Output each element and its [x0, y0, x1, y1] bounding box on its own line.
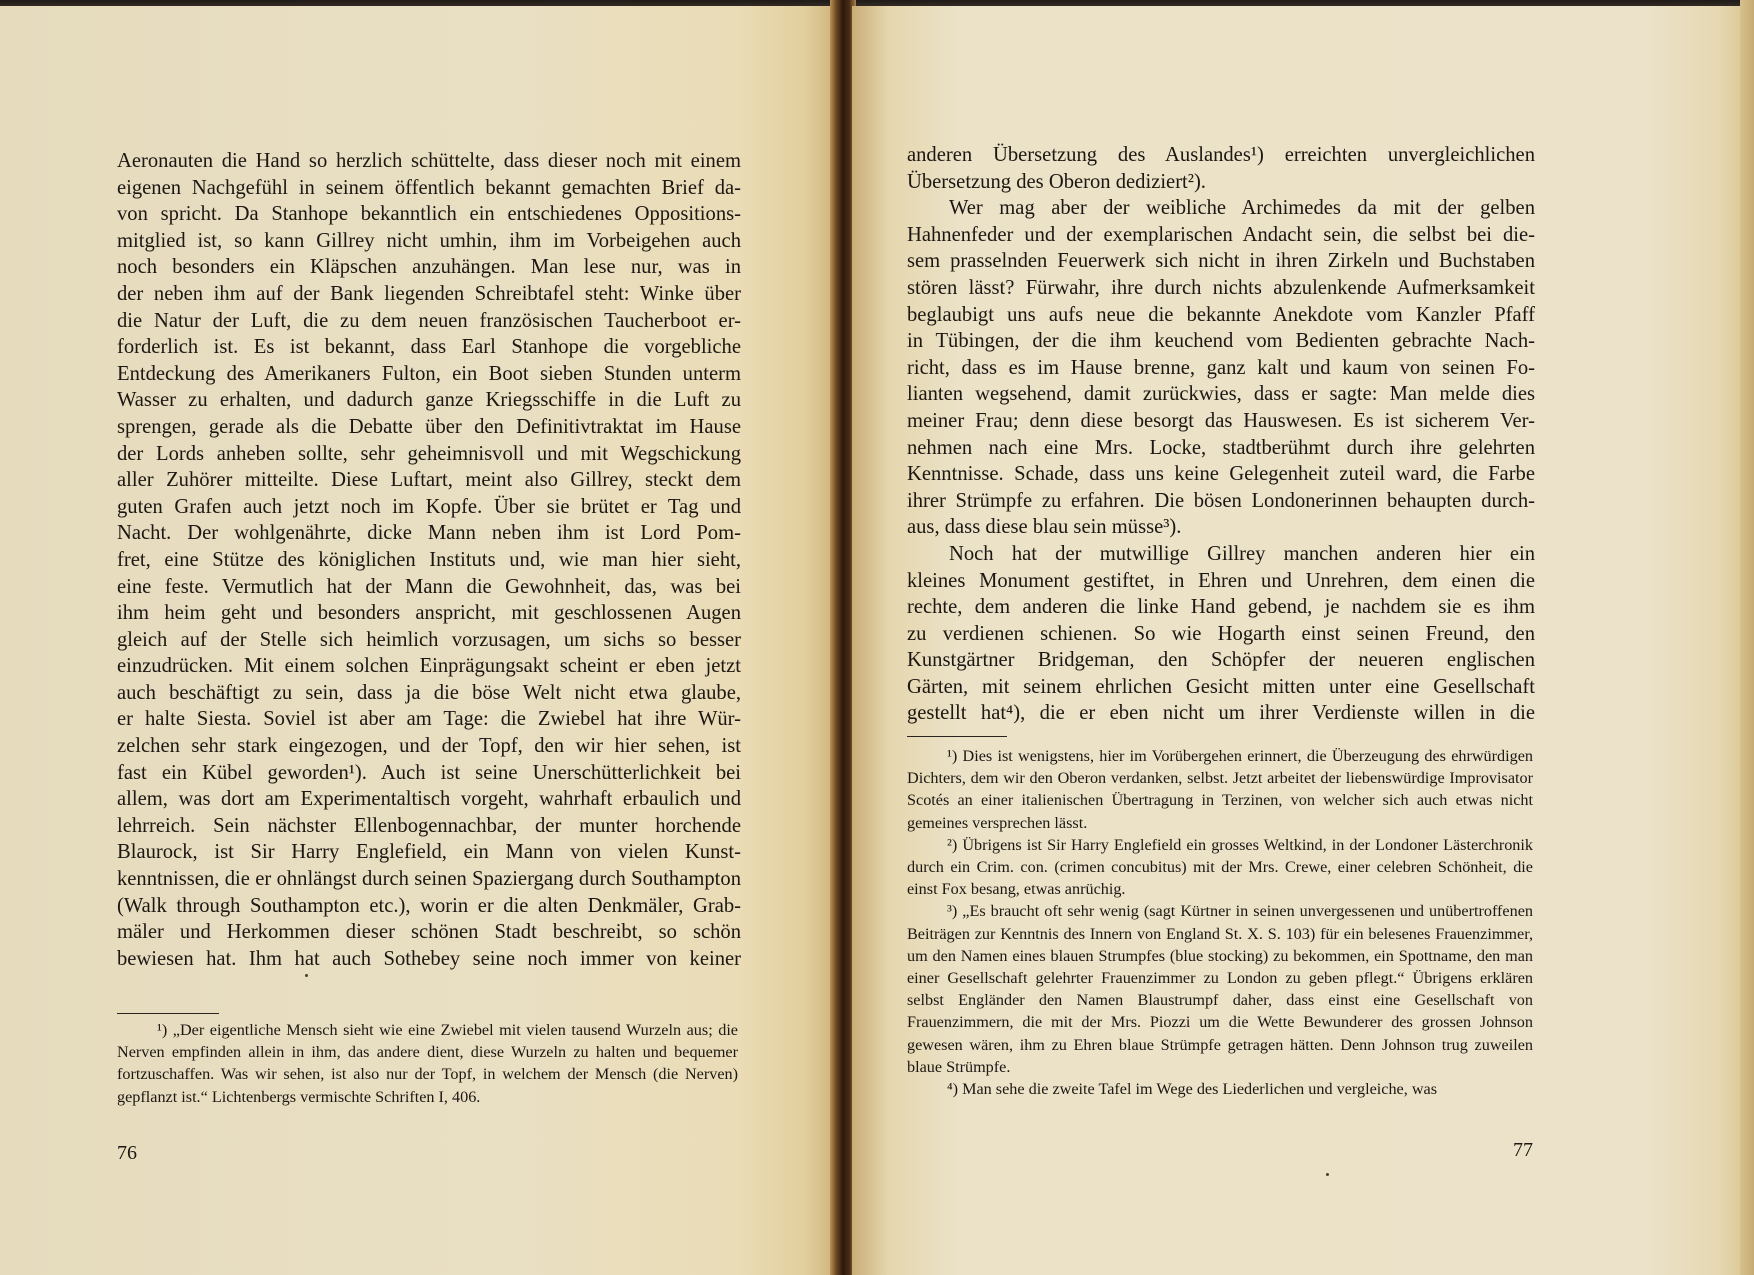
- text-line: aus, dass diese blau sein müsse³).: [907, 514, 1535, 541]
- footnote-rule: [117, 1013, 219, 1014]
- left-page: Aeronauten die Hand so herzlich schüttel…: [0, 6, 838, 1275]
- text-line: ihrer Strümpfe zu erfahren. Die bösen Lo…: [907, 488, 1535, 515]
- paper-speck: [1326, 1173, 1329, 1176]
- text-line: er halte Siesta. Soviel ist aber am Tage…: [117, 706, 741, 733]
- text-line: allem, was dort am Experimentaltisch vor…: [117, 786, 741, 813]
- text-line: beglaubigt uns aufs neue die bekannte An…: [907, 302, 1535, 329]
- text-line: noch besonders ein Kläpschen anzuhängen.…: [117, 254, 741, 281]
- footnote-text: Dies ist wenigstens, hier im Vorübergehe…: [907, 747, 1533, 832]
- left-page-body: Aeronauten die Hand so herzlich schüttel…: [117, 148, 741, 972]
- text-line: Wer mag aber der weibliche Archimedes da…: [907, 195, 1535, 222]
- text-line: anderen Übersetzung des Auslandes¹) erre…: [907, 142, 1535, 169]
- text-line: Übersetzung des Oberon dediziert²).: [907, 169, 1535, 196]
- text-line: lianten wegsehend, damit zurückwies, das…: [907, 381, 1535, 408]
- text-line: Nacht. Der wohlgenährte, dicke Mann nebe…: [117, 520, 741, 547]
- text-line: Gärten, mit seinem ehrlichen Gesicht mit…: [907, 674, 1535, 701]
- book-spread: Aeronauten die Hand so herzlich schüttel…: [0, 0, 1754, 1275]
- text-line: Hahnenfeder und der exemplarischen Andac…: [907, 222, 1535, 249]
- footnote-rule: [907, 736, 1007, 737]
- text-line: zelchen sehr stark eingezogen, und der T…: [117, 733, 741, 760]
- text-line: Aeronauten die Hand so herzlich schüttel…: [117, 148, 741, 175]
- text-line: eine feste. Vermutlich hat der Mann die …: [117, 574, 741, 601]
- right-page-footnotes: ¹) Dies ist wenigstens, hier im Vorüberg…: [907, 745, 1533, 1100]
- right-page: anderen Übersetzung des Auslandes¹) erre…: [852, 6, 1754, 1275]
- text-line: fret, eine Stütze des königlichen Instit…: [117, 547, 741, 574]
- footnote-marker: ⁴): [947, 1080, 958, 1098]
- text-line: einzudrücken. Mit einem solchen Einprägu…: [117, 653, 741, 680]
- right-page-number: 77: [1513, 1139, 1533, 1162]
- text-line: Kunstgärtner Bridgeman, den Schöpfer der…: [907, 647, 1535, 674]
- footnote: ²) Übrigens ist Sir Harry Englefield ein…: [907, 834, 1533, 901]
- text-line: kenntnissen, die er ohnlängst durch sein…: [117, 866, 741, 893]
- text-line: eigenen Nachgefühl in seinem öffentlich …: [117, 175, 741, 202]
- text-line: Kenntnisse. Schade, dass uns keine Geleg…: [907, 461, 1535, 488]
- text-line: sprengen, gerade als die Debatte über de…: [117, 414, 741, 441]
- text-line: Blaurock, ist Sir Harry Englefield, ein …: [117, 839, 741, 866]
- text-line: meiner Frau; denn diese besorgt das Haus…: [907, 408, 1535, 435]
- text-line: auch beschäftigt zu sein, dass ja die bö…: [117, 680, 741, 707]
- text-line: forderlich ist. Es ist bekannt, dass Ear…: [117, 334, 741, 361]
- footnote-marker: ¹): [157, 1021, 167, 1039]
- text-line: ihm heim geht und besonders anspricht, m…: [117, 600, 741, 627]
- book-fore-edge: [1740, 0, 1754, 1275]
- text-line: gleich auf der Stelle sich heimlich vorz…: [117, 627, 741, 654]
- text-line: lehrreich. Sein nächster Ellenbogennachb…: [117, 813, 741, 840]
- text-line: aller Zuhörer mitteilte. Diese Luftart, …: [117, 467, 741, 494]
- text-line: zu verdienen schienen. So wie Hogarth ei…: [907, 621, 1535, 648]
- text-line: sem prasselnden Feuerwerk sich nicht in …: [907, 248, 1535, 275]
- text-line: mitglied ist, so kann Gillrey nicht umhi…: [117, 228, 741, 255]
- footnote-marker: ²): [947, 836, 957, 854]
- text-line: von spricht. Da Stanhope bekanntlich ein…: [117, 201, 741, 228]
- text-line: Noch hat der mutwillige Gillrey manchen …: [907, 541, 1535, 568]
- footnote-text: Man sehe die zweite Tafel im Wege des Li…: [958, 1080, 1437, 1098]
- footnote: ¹) Dies ist wenigstens, hier im Vorüberg…: [907, 745, 1533, 834]
- text-line: nehmen nach eine Mrs. Locke, stadtberühm…: [907, 435, 1535, 462]
- text-line: rechte, dem anderen die linke Hand geben…: [907, 594, 1535, 621]
- footnote: ¹) „Der eigentliche Mensch sieht wie ein…: [117, 1019, 738, 1108]
- text-line: die Natur der Luft, die zu dem neuen fra…: [117, 308, 741, 335]
- footnote-text: Übrigens ist Sir Harry Englefield ein gr…: [907, 836, 1533, 898]
- text-line: bewiesen hat. Ihm hat auch Sothebey sein…: [117, 946, 741, 973]
- right-page-body: anderen Übersetzung des Auslandes¹) erre…: [907, 142, 1535, 727]
- text-line: stören lässt? Fürwahr, ihre durch nichts…: [907, 275, 1535, 302]
- left-page-footnotes: ¹) „Der eigentliche Mensch sieht wie ein…: [117, 1019, 738, 1108]
- text-line: mäler und Herkommen dieser schönen Stadt…: [117, 919, 741, 946]
- text-line: der neben ihm auf der Bank liegenden Sch…: [117, 281, 741, 308]
- footnote-marker: ³): [947, 902, 957, 920]
- footnote-text: „Es braucht oft sehr wenig (sagt Kürtner…: [907, 902, 1533, 1075]
- footnote: ⁴) Man sehe die zweite Tafel im Wege des…: [907, 1078, 1533, 1100]
- text-line: gestellt hat⁴), die er eben nicht um ihr…: [907, 700, 1535, 727]
- text-line: der Lords anheben sollte, sehr geheimnis…: [117, 441, 741, 468]
- paper-speck: [305, 974, 308, 977]
- text-line: kleines Monument gestiftet, in Ehren und…: [907, 568, 1535, 595]
- text-line: guten Grafen auch jetzt noch im Kopfe. Ü…: [117, 494, 741, 521]
- text-line: in Tübingen, der die ihm keuchend vom Be…: [907, 328, 1535, 355]
- footnote: ³) „Es braucht oft sehr wenig (sagt Kürt…: [907, 900, 1533, 1078]
- text-line: Entdeckung des Amerikaners Fulton, ein B…: [117, 361, 741, 388]
- left-page-number: 76: [117, 1142, 137, 1165]
- text-line: Wasser zu erhalten, und dadurch ganze Kr…: [117, 387, 741, 414]
- text-line: (Walk through Southampton etc.), worin e…: [117, 893, 741, 920]
- text-line: fast ein Kübel geworden¹). Auch ist sein…: [117, 760, 741, 787]
- footnote-text: „Der eigentliche Mensch sieht wie eine Z…: [117, 1021, 738, 1106]
- footnote-marker: ¹): [947, 747, 957, 765]
- text-line: richt, dass es im Hause brenne, ganz kal…: [907, 355, 1535, 382]
